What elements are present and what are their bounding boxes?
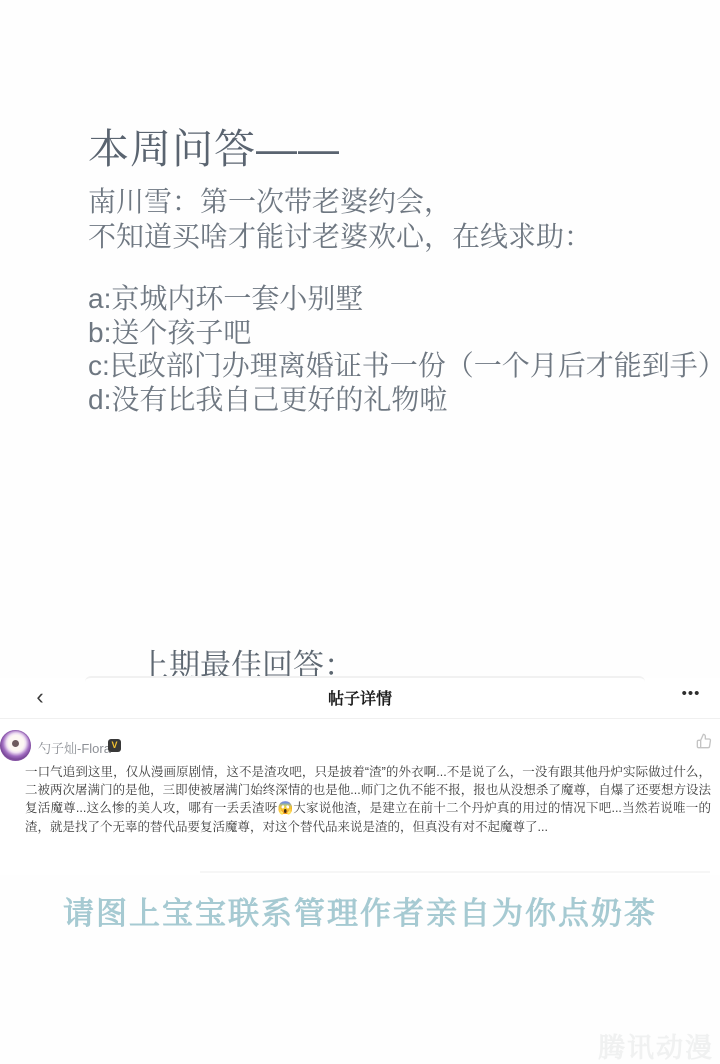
qa-option-b: b:送个孩子吧 (88, 316, 720, 350)
post-nav-bar: ‹ 帖子详情 ••• (0, 678, 720, 718)
qa-question-line2: 不知道买啥才能讨老婆欢心，在线求助： (88, 219, 592, 254)
qa-option-d: d:没有比我自己更好的礼物啦 (88, 383, 720, 417)
tencent-comics-watermark: 腾讯动漫 (598, 1026, 714, 1064)
qa-option-c: c:民政部门办理离婚证书一份（一个月后才能到手） (88, 349, 720, 383)
qa-option-a: a:京城内环一套小别墅 (88, 282, 720, 316)
footer-notice: 请图上宝宝联系管理作者亲自为你点奶茶 (0, 888, 720, 933)
post-comment-text: 一口气追到这里，仅从漫画原剧情，这不是渣攻吧，只是披着“渣”的外衣啊...不是说… (25, 763, 711, 836)
comic-extra-page: 本周问答—— 南川雪：第一次带老婆约会， 不知道买啥才能讨老婆欢心，在线求助： … (0, 0, 720, 1064)
weekly-qa-title: 本周问答—— (88, 116, 340, 175)
thumbs-up-icon[interactable] (696, 733, 712, 749)
qa-options-list: a:京城内环一套小别墅 b:送个孩子吧 c:民政部门办理离婚证书一份（一个月后才… (88, 282, 720, 416)
username[interactable]: 勺子灿-Flora (38, 738, 111, 757)
qa-question-line1: 南川雪：第一次带老婆约会， (88, 184, 592, 219)
post-user-row: 勺子灿-Flora V (0, 730, 720, 762)
more-options-icon[interactable]: ••• (676, 680, 706, 708)
verified-badge-icon: V (108, 739, 121, 752)
post-nav-title: 帖子详情 (0, 686, 720, 709)
post-detail-screenshot: ‹ 帖子详情 ••• 勺子灿-Flora V 一口气追到这里，仅从漫画原剧情，这… (0, 678, 720, 875)
avatar[interactable] (0, 730, 31, 761)
qa-question: 南川雪：第一次带老婆约会， 不知道买啥才能讨老婆欢心，在线求助： (88, 184, 592, 254)
screenshot-bottom-edge (200, 871, 710, 873)
nav-divider (0, 718, 720, 719)
